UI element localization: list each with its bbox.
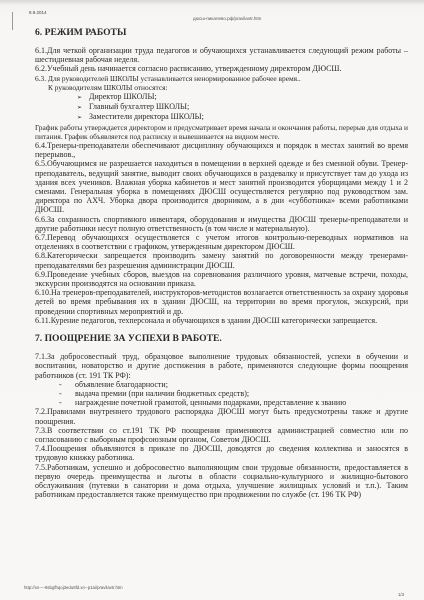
leaders-intro: К руководителям ШКОЛЫ относятся: (35, 83, 408, 92)
paragraph-6-2: 6.2.Учебный день начинается согласно рас… (35, 64, 408, 73)
dash-bullet-icon: - (59, 389, 75, 398)
list-item: -объявление благодарности; (59, 380, 408, 389)
list-item: ➢Директор ШКОЛЫ; (77, 92, 408, 102)
print-header-url: дюсш-пикалево.рф/pravilavtr.htm (193, 16, 261, 21)
dash-bullet-icon: - (59, 398, 75, 407)
scan-shadow (0, 0, 424, 5)
paragraph-7-4: 7.4.Поощрения объявляются в приказе по Д… (35, 444, 408, 462)
list-item: ➢Заместители директора ШКОЛЫ; (77, 112, 408, 122)
document-content: 6. РЕЖИМ РАБОТЫ 6.1.Для четкой организац… (35, 27, 408, 499)
paragraph-schedule: График работы утверждается директором и … (35, 123, 408, 141)
section-6-title: 6. РЕЖИМ РАБОТЫ (35, 27, 408, 39)
arrow-bullet-icon: ➢ (77, 113, 89, 122)
paragraph-6-9: 6.9.Проведение учебных сборов, выездов н… (35, 270, 408, 288)
paragraph-6-5: 6.5.Обучающимся не разрешается находитьс… (35, 159, 408, 214)
list-item: ➢Главный бухгалтер ШКОЛЫ; (77, 102, 408, 112)
paragraph-7-3: 7.3.В соответствии со ст.191 ТК РФ поощр… (35, 426, 408, 444)
print-footer-url: http://xn----8sbgfhqoj3edu8fd.xn--p1ai/p… (24, 585, 123, 590)
paragraph-7-1: 7.1.За добросовестный труд, образцовое в… (35, 352, 408, 380)
page-number: 1/3 (398, 592, 404, 597)
paragraph-6-7: 6.7.Перевод обучающихся осуществляется с… (35, 233, 408, 251)
list-item: -выдача премии (при наличии бюджетных ср… (59, 389, 408, 398)
rewards-list: -объявление благодарности; -выдача преми… (35, 380, 408, 408)
arrow-bullet-icon: ➢ (77, 93, 89, 102)
paragraph-6-8: 6.8.Категорически запрещается производит… (35, 251, 408, 269)
section-7-title: 7. ПООЩРЕНИЕ ЗА УСПЕХИ В РАБОТЕ. (35, 333, 408, 345)
arrow-bullet-icon: ➢ (77, 103, 89, 112)
scan-edge-mark (12, 12, 13, 30)
paragraph-6-1: 6.1.Для четкой организации труда педагог… (35, 46, 408, 64)
paragraph-7-5: 7.5.Работникам, успешно и добросовестно … (35, 463, 408, 500)
paragraph-6-6: 6.6.За сохранность спортивного инвентаря… (35, 215, 408, 233)
paragraph-6-3: 6.3. Для руководителей ШКОЛЫ устанавлива… (35, 74, 408, 83)
leaders-list: ➢Директор ШКОЛЫ; ➢Главный бухгалтер ШКОЛ… (35, 92, 408, 123)
dash-bullet-icon: - (59, 380, 75, 389)
document-page: 8.9.2014 дюсш-пикалево.рф/pravilavtr.htm… (0, 0, 424, 600)
list-item: -награждение почетной грамотой, ценными … (59, 398, 408, 407)
paragraph-7-2: 7.2.Правилами внутреннего трудового расп… (35, 407, 408, 425)
print-date: 8.9.2014 (29, 10, 47, 15)
paragraph-6-4: 6.4.Тренеры-преподаватели обеспечивают д… (35, 141, 408, 159)
paragraph-6-10: 6.10.На тренеров-преподавателей, инструк… (35, 288, 408, 316)
paragraph-6-11: 6.11.Курение педагогов, техперсонала и о… (35, 316, 408, 325)
